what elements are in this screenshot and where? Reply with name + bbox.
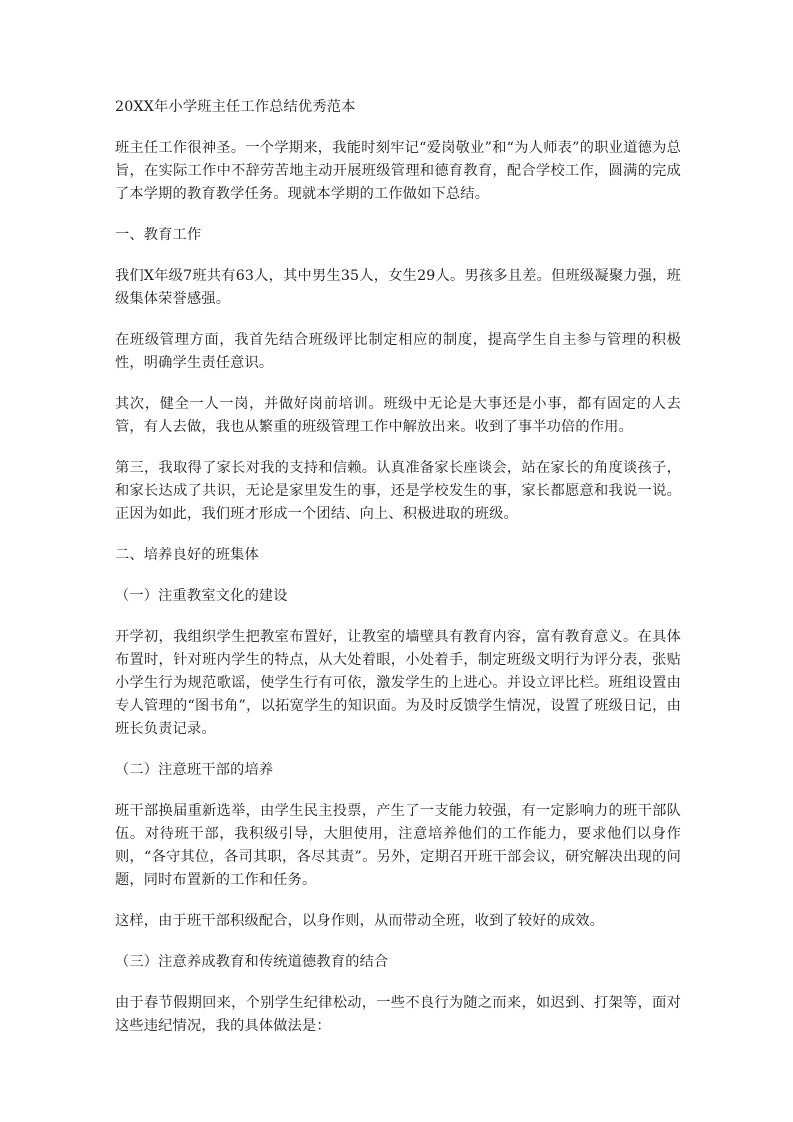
paragraph-one-person-one-post: 其次，健全一人一岗，并做好岗前培训。班级中无论是大事还是小事，都有固定的人去管，… xyxy=(115,393,681,439)
document-page: 20XX年小学班主任工作总结优秀范本 班主任工作很神圣。一个学期来，我能时刻牢记… xyxy=(115,96,681,1056)
paragraph-parent-support: 第三，我取得了家长对我的支持和信赖。认真准备家长座谈会，站在家长的角度谈孩子，和… xyxy=(115,457,681,526)
paragraph-discipline: 由于春节假期回来，个别学生纪律松动，一些不良行为随之而来，如迟到、打架等，面对这… xyxy=(115,992,681,1038)
section-heading-class-collective: 二、培养良好的班集体 xyxy=(115,544,681,567)
paragraph-intro: 班主任工作很神圣。一个学期来，我能时刻牢记“爱岗敬业”和“为人师表”的职业道德为… xyxy=(115,137,681,206)
section-heading-education-work: 一、教育工作 xyxy=(115,224,681,247)
paragraph-class-cadres: 班干部换届重新选举，由学生民主投票，产生了一支能力较强，有一定影响力的班干部队伍… xyxy=(115,800,681,892)
paragraph-cadre-results: 这样，由于班干部积级配合，以身作则，从而带动全班，收到了较好的成效。 xyxy=(115,910,681,933)
subheading-classroom-culture: （一）注重教室文化的建设 xyxy=(115,585,681,608)
paragraph-class-overview: 我们X年级7班共有63人，其中男生35人，女生29人。男孩多且差。但班级凝聚力强… xyxy=(115,265,681,311)
subheading-habit-moral-education: （三）注意养成教育和传统道德教育的结合 xyxy=(115,951,681,974)
subheading-class-cadres: （二）注意班干部的培养 xyxy=(115,759,681,782)
paragraph-class-management: 在班级管理方面，我首先结合班级评比制定相应的制度，提高学生自主参与管理的积极性，… xyxy=(115,329,681,375)
paragraph-classroom-culture: 开学初，我组织学生把教室布置好，让教室的墙壁具有教育内容，富有教育意义。在具体布… xyxy=(115,626,681,741)
document-title: 20XX年小学班主任工作总结优秀范本 xyxy=(115,96,681,119)
